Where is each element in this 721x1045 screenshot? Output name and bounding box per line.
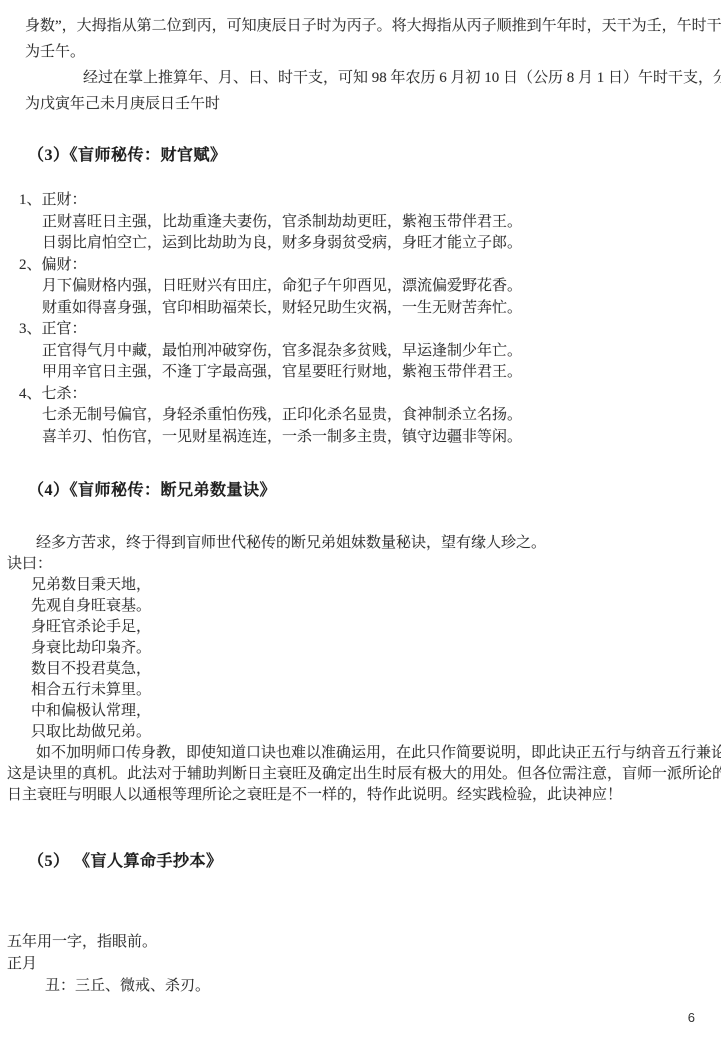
list-item-label: 1、正财： xyxy=(19,190,721,212)
verse-line: 相合五行未算里。 xyxy=(31,680,721,701)
section-4-body: 经多方苦求，终于得到盲师世代秘传的断兄弟姐妹数量秘诀，望有缘人珍之。 诀曰： 兄… xyxy=(0,533,721,806)
verse-line: 甲用辛官日主强，不逢丁字最高强，官星要旺行财地，紫袍玉带伴君王。 xyxy=(42,362,721,384)
verse-line: 身旺官杀论手足， xyxy=(31,617,721,638)
verse-line: 正财喜旺日主强，比劫重逢夫妻伤，官杀制劫劫更旺，紫袍玉带伴君王。 xyxy=(42,212,721,234)
list-item-label: 3、正官： xyxy=(19,319,721,341)
section-5-heading: （5） 《盲人算命手抄本》 xyxy=(28,852,721,872)
document-page: 身数”，大拇指从第二位到丙，可知庚辰日子时为丙子。将大拇指从丙子顺推到午年时，天… xyxy=(0,0,721,1045)
text-line: 正月 xyxy=(7,953,721,975)
text-line: 经多方苦求，终于得到盲师世代秘传的断兄弟姐妹数量秘诀，望有缘人珍之。 xyxy=(36,533,721,554)
verse-line: 只取比劫做兄弟。 xyxy=(31,722,721,743)
intro-block: 身数”，大拇指从第二位到丙，可知庚辰日子时为丙子。将大拇指从丙子顺推到午年时，天… xyxy=(25,0,721,117)
text-line: 身数”，大拇指从第二位到丙，可知庚辰日子时为丙子。将大拇指从丙子顺推到午年时，天… xyxy=(25,13,721,39)
verse-line: 月下偏财格内强，日旺财兴有田庄，命犯子午卯酉见，漂流偏爱野花香。 xyxy=(42,276,721,298)
section-5-body: 五年用一字，指眼前。 正月 丑：三丘、微戒、杀刃。 xyxy=(0,931,721,997)
text-line: 为壬午。 xyxy=(25,39,721,65)
section-3-body: 1、正财： 正财喜旺日主强，比劫重逢夫妻伤，官杀制劫劫更旺，紫袍玉带伴君王。 日… xyxy=(0,190,721,448)
verse-line: 先观自身旺衰基。 xyxy=(31,596,721,617)
section-3-heading: （3）《盲师秘传：财官赋》 xyxy=(28,146,721,166)
verse-line: 兄弟数目秉天地， xyxy=(31,575,721,596)
page-number: 6 xyxy=(688,1010,695,1025)
verse-line: 七杀无制号偏官，身轻杀重怕伤残，正印化杀名显贵，食神制杀立名扬。 xyxy=(42,405,721,427)
text-line: 丑：三丘、微戒、杀刃。 xyxy=(45,975,721,997)
list-item-label: 2、偏财： xyxy=(19,255,721,277)
verse-line: 中和偏极认常理， xyxy=(31,701,721,722)
text-line: 如不加明师口传身教，即使知道口诀也难以准确运用，在此只作简要说明，即此诀正五行与… xyxy=(36,743,721,764)
verse-intro-label: 诀曰： xyxy=(7,554,721,575)
section-4-heading: （4）《盲师秘传：断兄弟数量诀》 xyxy=(28,481,721,501)
verse-line: 正官得气月中藏，最怕刑冲破穿伤，官多混杂多贫贱，早运逢制少年亡。 xyxy=(42,341,721,363)
verse-line: 喜羊刃、怕伤官，一见财星祸连连，一杀一制多主贵，镇守边疆非等闲。 xyxy=(42,427,721,449)
verse-line: 日弱比肩怕空亡，运到比劫助为良，财多身弱贫受病，身旺才能立子郎。 xyxy=(42,233,721,255)
verse-line: 身衰比劫印枭齐。 xyxy=(31,638,721,659)
text-line: 经过在掌上推算年、月、日、时干支，可知 98 年农历 6 月初 10 日（公历 … xyxy=(25,65,721,91)
text-line: 这是诀里的真机。此法对于辅助判断日主衰旺及确定出生时辰有极大的用处。但各位需注意… xyxy=(7,764,721,785)
text-line: 为戊寅年己未月庚辰日壬午时 xyxy=(25,91,721,117)
text-line: 日主衰旺与明眼人以通根等理所论之衰旺是不一样的，特作此说明。经实践检验，此诀神应… xyxy=(7,785,721,806)
verse-line: 财重如得喜身强，官印相助福荣长，财轻兄助生灾祸，一生无财苦奔忙。 xyxy=(42,298,721,320)
text-line: 五年用一字，指眼前。 xyxy=(7,931,721,953)
list-item-label: 4、七杀： xyxy=(19,384,721,406)
verse-line: 数目不投君莫急， xyxy=(31,659,721,680)
